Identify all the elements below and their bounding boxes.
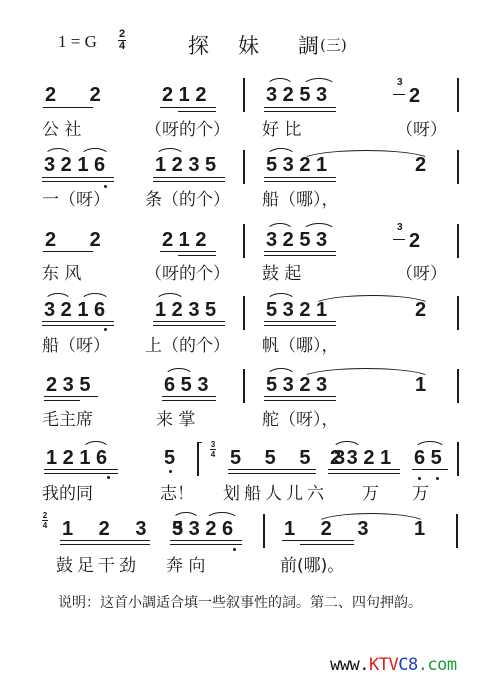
notes: 5 3 2 6: [172, 519, 233, 539]
grace-note: 3: [397, 222, 403, 233]
notes: 1 2 1 6: [46, 448, 107, 468]
key-signature: 1 = G: [58, 32, 97, 52]
notes: 2 2: [45, 230, 115, 250]
notes: 6 5: [414, 448, 442, 468]
notes: 5: [164, 448, 175, 468]
notes: 1: [415, 375, 426, 395]
notes: 2 1 2: [162, 85, 206, 105]
notes: 1 2 3 5: [155, 300, 216, 320]
grace-note: 3: [397, 77, 403, 88]
notes: 1: [414, 519, 425, 539]
notes: 2 3 2 1: [330, 448, 391, 468]
title-char-3: 調: [298, 30, 319, 60]
notes: 5 3 2 3: [266, 375, 327, 395]
notes: 6 5 3: [164, 375, 208, 395]
notes: 3 2 5 3: [266, 230, 327, 250]
title-subtitle: (三): [320, 34, 347, 55]
notes: 1 2 3: [284, 519, 378, 539]
time-signature-change: 2 4: [42, 512, 48, 529]
notes: 1 2 3 5: [155, 155, 216, 175]
title-char-1: 探: [188, 30, 209, 60]
notes: 2 2: [45, 85, 115, 105]
watermark: www.KTVC8.com: [330, 655, 457, 675]
notes: 5 3 2 1: [266, 155, 327, 175]
time-signature: 2 4: [118, 30, 126, 51]
notes: 5 3 2 1: [266, 300, 327, 320]
footnote: 说明：这首小調适合填一些叙事性的詞。第二、四句押韵。: [58, 592, 468, 614]
notes: 2: [415, 155, 426, 175]
notes: 3 2 5 3: [266, 85, 327, 105]
time-signature-change: 3 4: [210, 441, 216, 458]
title-char-2: 妹: [238, 30, 259, 60]
notes: 2: [409, 231, 420, 251]
notes: 2 1 2: [162, 230, 206, 250]
notes: 2 3 5: [46, 375, 90, 395]
notes: 2: [415, 300, 426, 320]
notes: 2: [409, 86, 420, 106]
notes: 3 2 1 6: [44, 300, 105, 320]
notes: 3 2 1 6: [44, 155, 105, 175]
